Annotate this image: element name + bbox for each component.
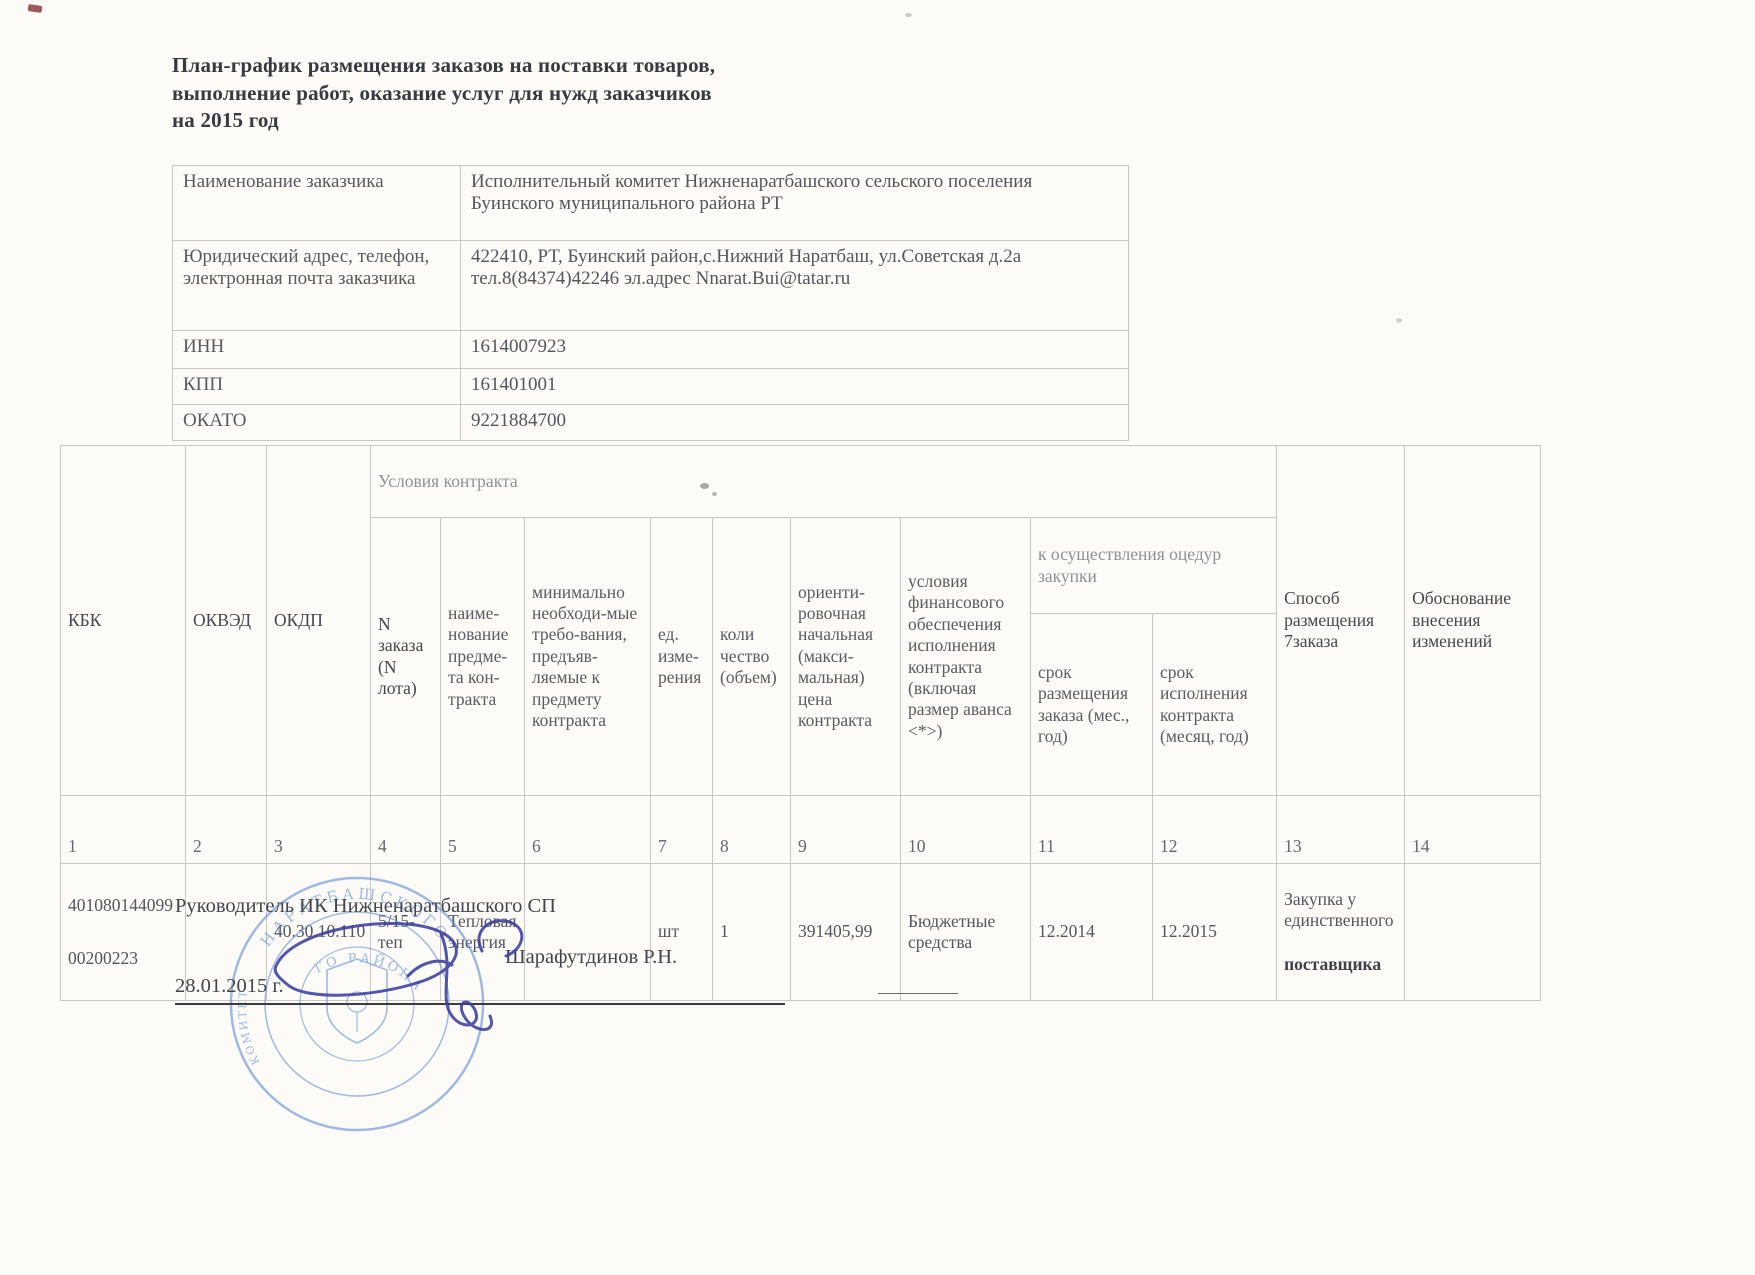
col-header-execution-date: срок исполнения контракта (месяц, год) xyxy=(1153,614,1277,796)
info-label: ОКАТО xyxy=(173,405,461,441)
info-row: ОКАТО 9221884700 xyxy=(173,405,1129,441)
cell-execution-date: 12.2015 xyxy=(1153,864,1277,1001)
info-row: Юридический адрес, телефон, электронная … xyxy=(173,241,1129,331)
column-number: 13 xyxy=(1277,796,1405,864)
cell-kbk: 401080144099 00200223 xyxy=(61,864,186,1001)
cell-placement-date: 12.2014 xyxy=(1031,864,1153,1001)
column-number: 7 xyxy=(651,796,713,864)
column-number: 9 xyxy=(791,796,901,864)
column-number: 4 xyxy=(371,796,441,864)
cell-price: 391405,99 xyxy=(791,864,901,1001)
col-header-method: Способ размещения 7заказа xyxy=(1277,446,1405,796)
col-header-okdp: ОКДП xyxy=(267,446,371,796)
column-number: 1 xyxy=(61,796,186,864)
title-line: на 2015 год xyxy=(172,107,715,135)
info-label: КПП xyxy=(173,369,461,405)
info-label: Наименование заказчика xyxy=(173,166,461,241)
scan-artifact xyxy=(905,13,912,17)
secondary-line xyxy=(878,993,958,994)
col-header-quantity: коли чество (объем) xyxy=(713,518,791,796)
column-number: 11 xyxy=(1031,796,1153,864)
customer-info-table: Наименование заказчика Исполнительный ко… xyxy=(172,165,1129,441)
column-number: 14 xyxy=(1405,796,1541,864)
method-line2: поставщика xyxy=(1284,954,1397,975)
scan-artifact xyxy=(28,4,43,13)
scan-artifact xyxy=(1396,318,1402,323)
column-number: 5 xyxy=(441,796,525,864)
signature-icon xyxy=(258,906,558,1056)
cell-method: Закупка у единственного поставщика xyxy=(1277,864,1405,1001)
info-label: ИНН xyxy=(173,331,461,369)
scanned-document-page: План-график размещения заказов на постав… xyxy=(0,0,1755,1275)
column-number: 10 xyxy=(901,796,1031,864)
method-line1: Закупка у единственного xyxy=(1284,889,1397,932)
column-number: 6 xyxy=(525,796,651,864)
kbk-line2: 00200223 xyxy=(68,948,178,969)
col-header-subject: наиме-нование предме-та кон-тракта xyxy=(441,518,525,796)
group-header-contract-terms: Условия контракта xyxy=(371,446,1277,518)
column-number: 3 xyxy=(267,796,371,864)
col-header-price: ориенти-ровочная начальная (макси-мальна… xyxy=(791,518,901,796)
cell-unit: шт xyxy=(651,864,713,1001)
info-row: ИНН 1614007923 xyxy=(173,331,1129,369)
group-header-procurement-schedule: к осуществления оцедур закупки xyxy=(1031,518,1277,614)
col-header-placement-date: срок размещения заказа (мес., год) xyxy=(1031,614,1153,796)
document-title: План-график размещения заказов на постав… xyxy=(172,52,715,135)
title-line: выполнение работ, оказание услуг для нуж… xyxy=(172,80,715,108)
cell-quantity: 1 xyxy=(713,864,791,1001)
col-header-unit: ед. изме-рения xyxy=(651,518,713,796)
column-number: 12 xyxy=(1153,796,1277,864)
column-number-row: 1 2 3 4 5 6 7 8 9 10 11 12 13 14 xyxy=(61,796,1541,864)
cell-justification xyxy=(1405,864,1541,1001)
column-number: 8 xyxy=(713,796,791,864)
info-value: 1614007923 xyxy=(461,331,1129,369)
col-header-min-requirements: минимально необходи-мые требо-вания, пре… xyxy=(525,518,651,796)
col-header-financing: условия финансового обеспечения исполнен… xyxy=(901,518,1031,796)
info-row: Наименование заказчика Исполнительный ко… xyxy=(173,166,1129,241)
cell-financing: Бюджетные средства xyxy=(901,864,1031,1001)
info-value: 422410, РТ, Буинский район,с.Нижний Нара… xyxy=(461,241,1129,331)
info-value: Исполнительный комитет Нижненаратбашског… xyxy=(461,166,1129,241)
info-value: 9221884700 xyxy=(461,405,1129,441)
info-value: 161401001 xyxy=(461,369,1129,405)
col-header-justification: Обоснование внесения изменений xyxy=(1405,446,1541,796)
info-row: КПП 161401001 xyxy=(173,369,1129,405)
col-header-kbk: КБК xyxy=(61,446,186,796)
info-label: Юридический адрес, телефон, электронная … xyxy=(173,241,461,331)
col-header-okved: ОКВЭД xyxy=(186,446,267,796)
column-number: 2 xyxy=(186,796,267,864)
title-line: План-график размещения заказов на постав… xyxy=(172,52,715,80)
col-header-order-no: N заказа (N лота) xyxy=(371,518,441,796)
kbk-line1: 401080144099 xyxy=(68,895,178,916)
